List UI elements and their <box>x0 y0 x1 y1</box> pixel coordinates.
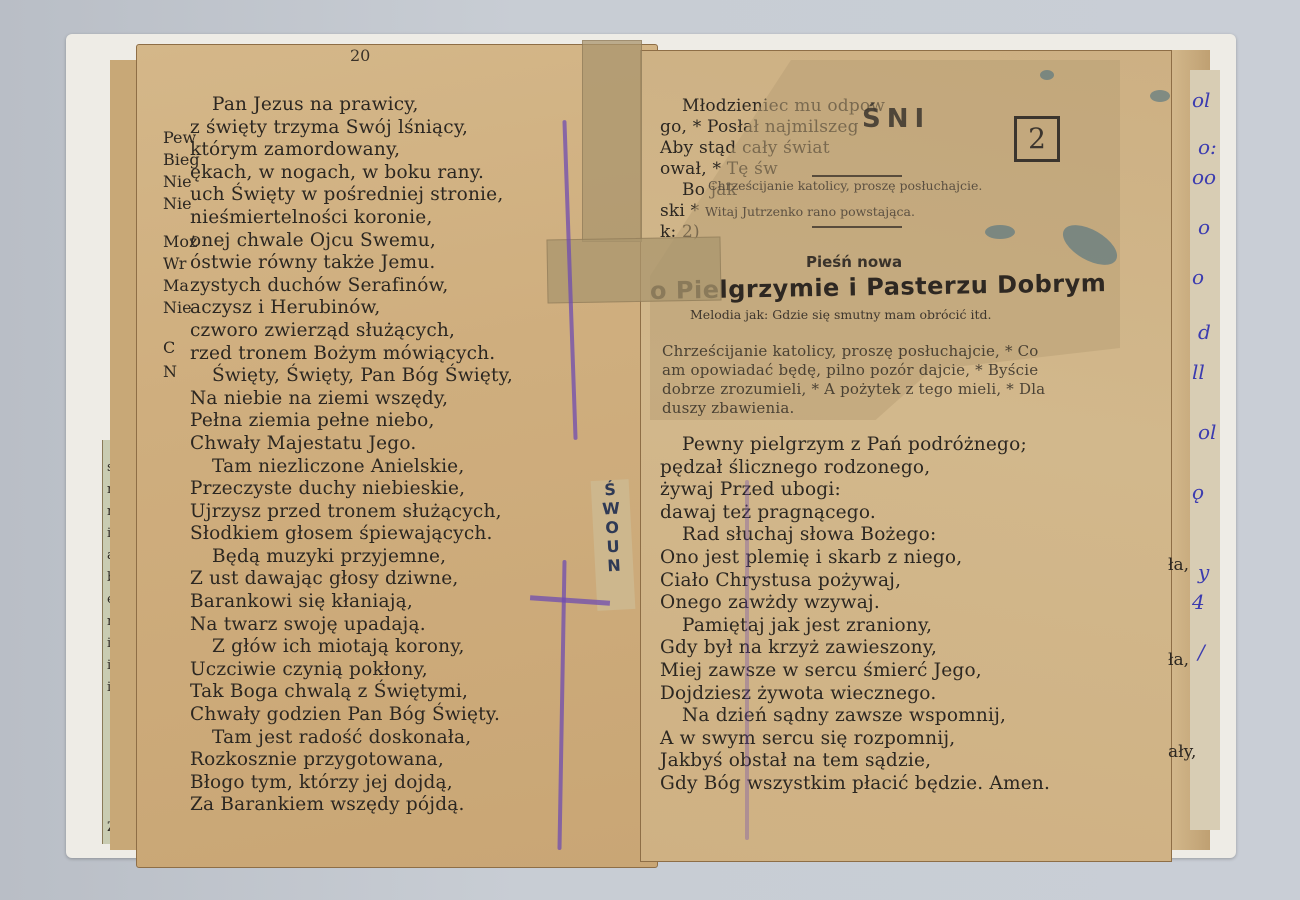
divider <box>812 226 902 228</box>
edge-fragment: ały, <box>1168 742 1196 762</box>
handwritten-mark: o <box>1192 265 1204 289</box>
text-line: Miej zawsze w sercu śmierć Jego, <box>660 660 1050 683</box>
text-line: czworo zwierząd służących, <box>190 320 513 343</box>
margin-fragment: Wr <box>163 254 186 273</box>
text-line: Jakbyś obstał na tem sądzie, <box>660 750 1050 773</box>
text-line: onej chwale Ojcu Swemu, <box>190 230 513 253</box>
purple-pencil-line-faint <box>745 480 749 840</box>
handwritten-mark: y <box>1198 560 1209 584</box>
text-line: Na dzień sądny zawsze wspomnij, <box>660 705 1050 728</box>
text-line: Tam niezliczone Anielskie, <box>190 456 513 479</box>
ink-stain <box>1040 70 1054 80</box>
text-line: zystych duchów Serafinów, <box>190 275 513 298</box>
handwritten-mark: oo <box>1192 165 1216 189</box>
text-line: Błogo tym, którzy jej dojdą, <box>190 772 513 795</box>
text-line: Rad słuchaj słowa Bożego: <box>660 524 1050 547</box>
margin-fragment: Nie <box>163 194 192 213</box>
song-label: Pieśń nowa <box>806 253 902 271</box>
left-page-hymn-text: Pan Jezus na prawicy,z święty trzyma Swó… <box>190 94 513 817</box>
text-line: A w swym sercu się rozpomnij, <box>660 728 1050 751</box>
spine-letter: Ś <box>591 479 630 500</box>
margin-fragment: C <box>163 338 175 357</box>
text-line: nieśmiertelności koronie, <box>190 207 513 230</box>
handwritten-mark: ll <box>1192 360 1205 384</box>
text-line: Ciało Chrystusa pożywaj, <box>660 570 1050 593</box>
spine-letter: W <box>592 498 631 519</box>
text-line: rzed tronem Bożym mówiących. <box>190 343 513 366</box>
melody-note: Melodia jak: Gdzie się smutny mam obróci… <box>690 307 992 322</box>
text-line: Z ust dawając głosy dziwne, <box>190 568 513 591</box>
text-line: aczysz i Herubinów, <box>190 297 513 320</box>
spine-letter: U <box>594 536 633 557</box>
right-page-hymn-text: Pewny pielgrzym z Pań podróżnego;pędzał … <box>660 434 1050 796</box>
text-line: Tam jest radość doskonała, <box>190 727 513 750</box>
text-line: uch Święty w pośredniej stronie, <box>190 184 513 207</box>
handwritten-mark: / <box>1198 640 1205 664</box>
text-line: Uczciwie czynią pokłony, <box>190 659 513 682</box>
text-line: Z głów ich miotają korony, <box>190 636 513 659</box>
text-line: pędzał ślicznego rodzonego, <box>660 457 1050 480</box>
text-line: Onego zawżdy wzywaj. <box>660 592 1050 615</box>
text-line: Rozkosznie przygotowana, <box>190 749 513 772</box>
margin-fragment: N <box>163 362 177 381</box>
text-line: Będą muzyki przyjemne, <box>190 546 513 569</box>
contents-line-1: Chrześcijanie katolicy, proszę posłuchaj… <box>708 178 982 193</box>
handwritten-mark: ol <box>1198 420 1216 444</box>
handwritten-mark: d <box>1198 320 1211 344</box>
text-line: Na niebie na ziemi wszędy, <box>190 388 513 411</box>
text-line: z święty trzyma Swój lśniący, <box>190 117 513 140</box>
text-line: którym zamordowany, <box>190 139 513 162</box>
page-number: 20 <box>350 46 370 65</box>
text-line: Ono jest plemię i skarb z niego, <box>660 547 1050 570</box>
text-line: Pełna ziemia pełne niebo, <box>190 410 513 433</box>
text-line: dawaj też pragnącego. <box>660 502 1050 525</box>
text-line: Gdy Bóg wszystkim płacić będzie. Amen. <box>660 773 1050 796</box>
margin-fragment: Ma <box>163 276 189 295</box>
text-line: óstwie równy także Jemu. <box>190 252 513 275</box>
text-line: duszy zbawienia. <box>662 399 1045 418</box>
margin-fragment: Nie <box>163 298 192 317</box>
text-line: am opowiadać będę, pilno pozór dajcie, *… <box>662 361 1045 380</box>
edge-fragment: ła, <box>1168 650 1189 670</box>
text-line: Gdy był na krzyż zawieszony, <box>660 637 1050 660</box>
ink-stain <box>1150 90 1170 102</box>
text-line: ękach, w nogach, w boku rany. <box>190 162 513 185</box>
text-line: Chwały Majestatu Jego. <box>190 433 513 456</box>
spine-torn-fragment: ŚWOUN <box>591 479 636 611</box>
text-line: Pan Jezus na prawicy, <box>190 94 513 117</box>
spine-letter: O <box>593 517 632 538</box>
handwritten-mark: ǫ <box>1192 480 1204 504</box>
tape-horizontal <box>546 236 721 303</box>
divider <box>812 175 902 177</box>
spine-letter: N <box>595 555 634 576</box>
text-line: Dojdziesz żywota wiecznego. <box>660 683 1050 706</box>
clipping-body-text: Chrześcijanie katolicy, proszę posłuchaj… <box>662 342 1045 418</box>
text-line: Tak Boga chwalą z Świętymi, <box>190 681 513 704</box>
text-line: Święty, Święty, Pan Bóg Święty, <box>190 365 513 388</box>
text-line: Przeczyste duchy niebieskie, <box>190 478 513 501</box>
handwritten-mark: o <box>1198 215 1210 239</box>
margin-fragment: Nie <box>163 172 192 191</box>
handwritten-mark: o: <box>1198 135 1217 159</box>
edge-fragment: ła, <box>1168 555 1189 575</box>
handwritten-mark: 4 <box>1192 590 1205 614</box>
text-line: Chwały godzien Pan Bóg Święty. <box>190 704 513 727</box>
clipping-number-box: 2 <box>1014 116 1060 162</box>
text-line: dobrze zrozumieli, * A pożytek z tego mi… <box>662 380 1045 399</box>
text-line: żywaj Przed ubogi: <box>660 479 1050 502</box>
handwritten-mark: ol <box>1192 88 1210 112</box>
text-line: Na twarz swoję upadają. <box>190 614 513 637</box>
contents-line-2: Witaj Jutrzenko rano powstająca. <box>705 204 915 219</box>
tape-vertical <box>582 40 642 242</box>
text-line: Barankowi się kłaniają, <box>190 591 513 614</box>
text-line: Chrześcijanie katolicy, proszę posłuchaj… <box>662 342 1045 361</box>
text-line: Pewny pielgrzym z Pań podróżnego; <box>660 434 1050 457</box>
ink-stain <box>985 225 1015 239</box>
text-line: Ujrzysz przed tronem służących, <box>190 501 513 524</box>
clipping-header: ŚNI <box>862 104 930 134</box>
text-line: Słodkiem głosem śpiewających. <box>190 523 513 546</box>
text-line: Za Barankiem wszędy pójdą. <box>190 794 513 817</box>
text-line: Pamiętaj jak jest zraniony, <box>660 615 1050 638</box>
